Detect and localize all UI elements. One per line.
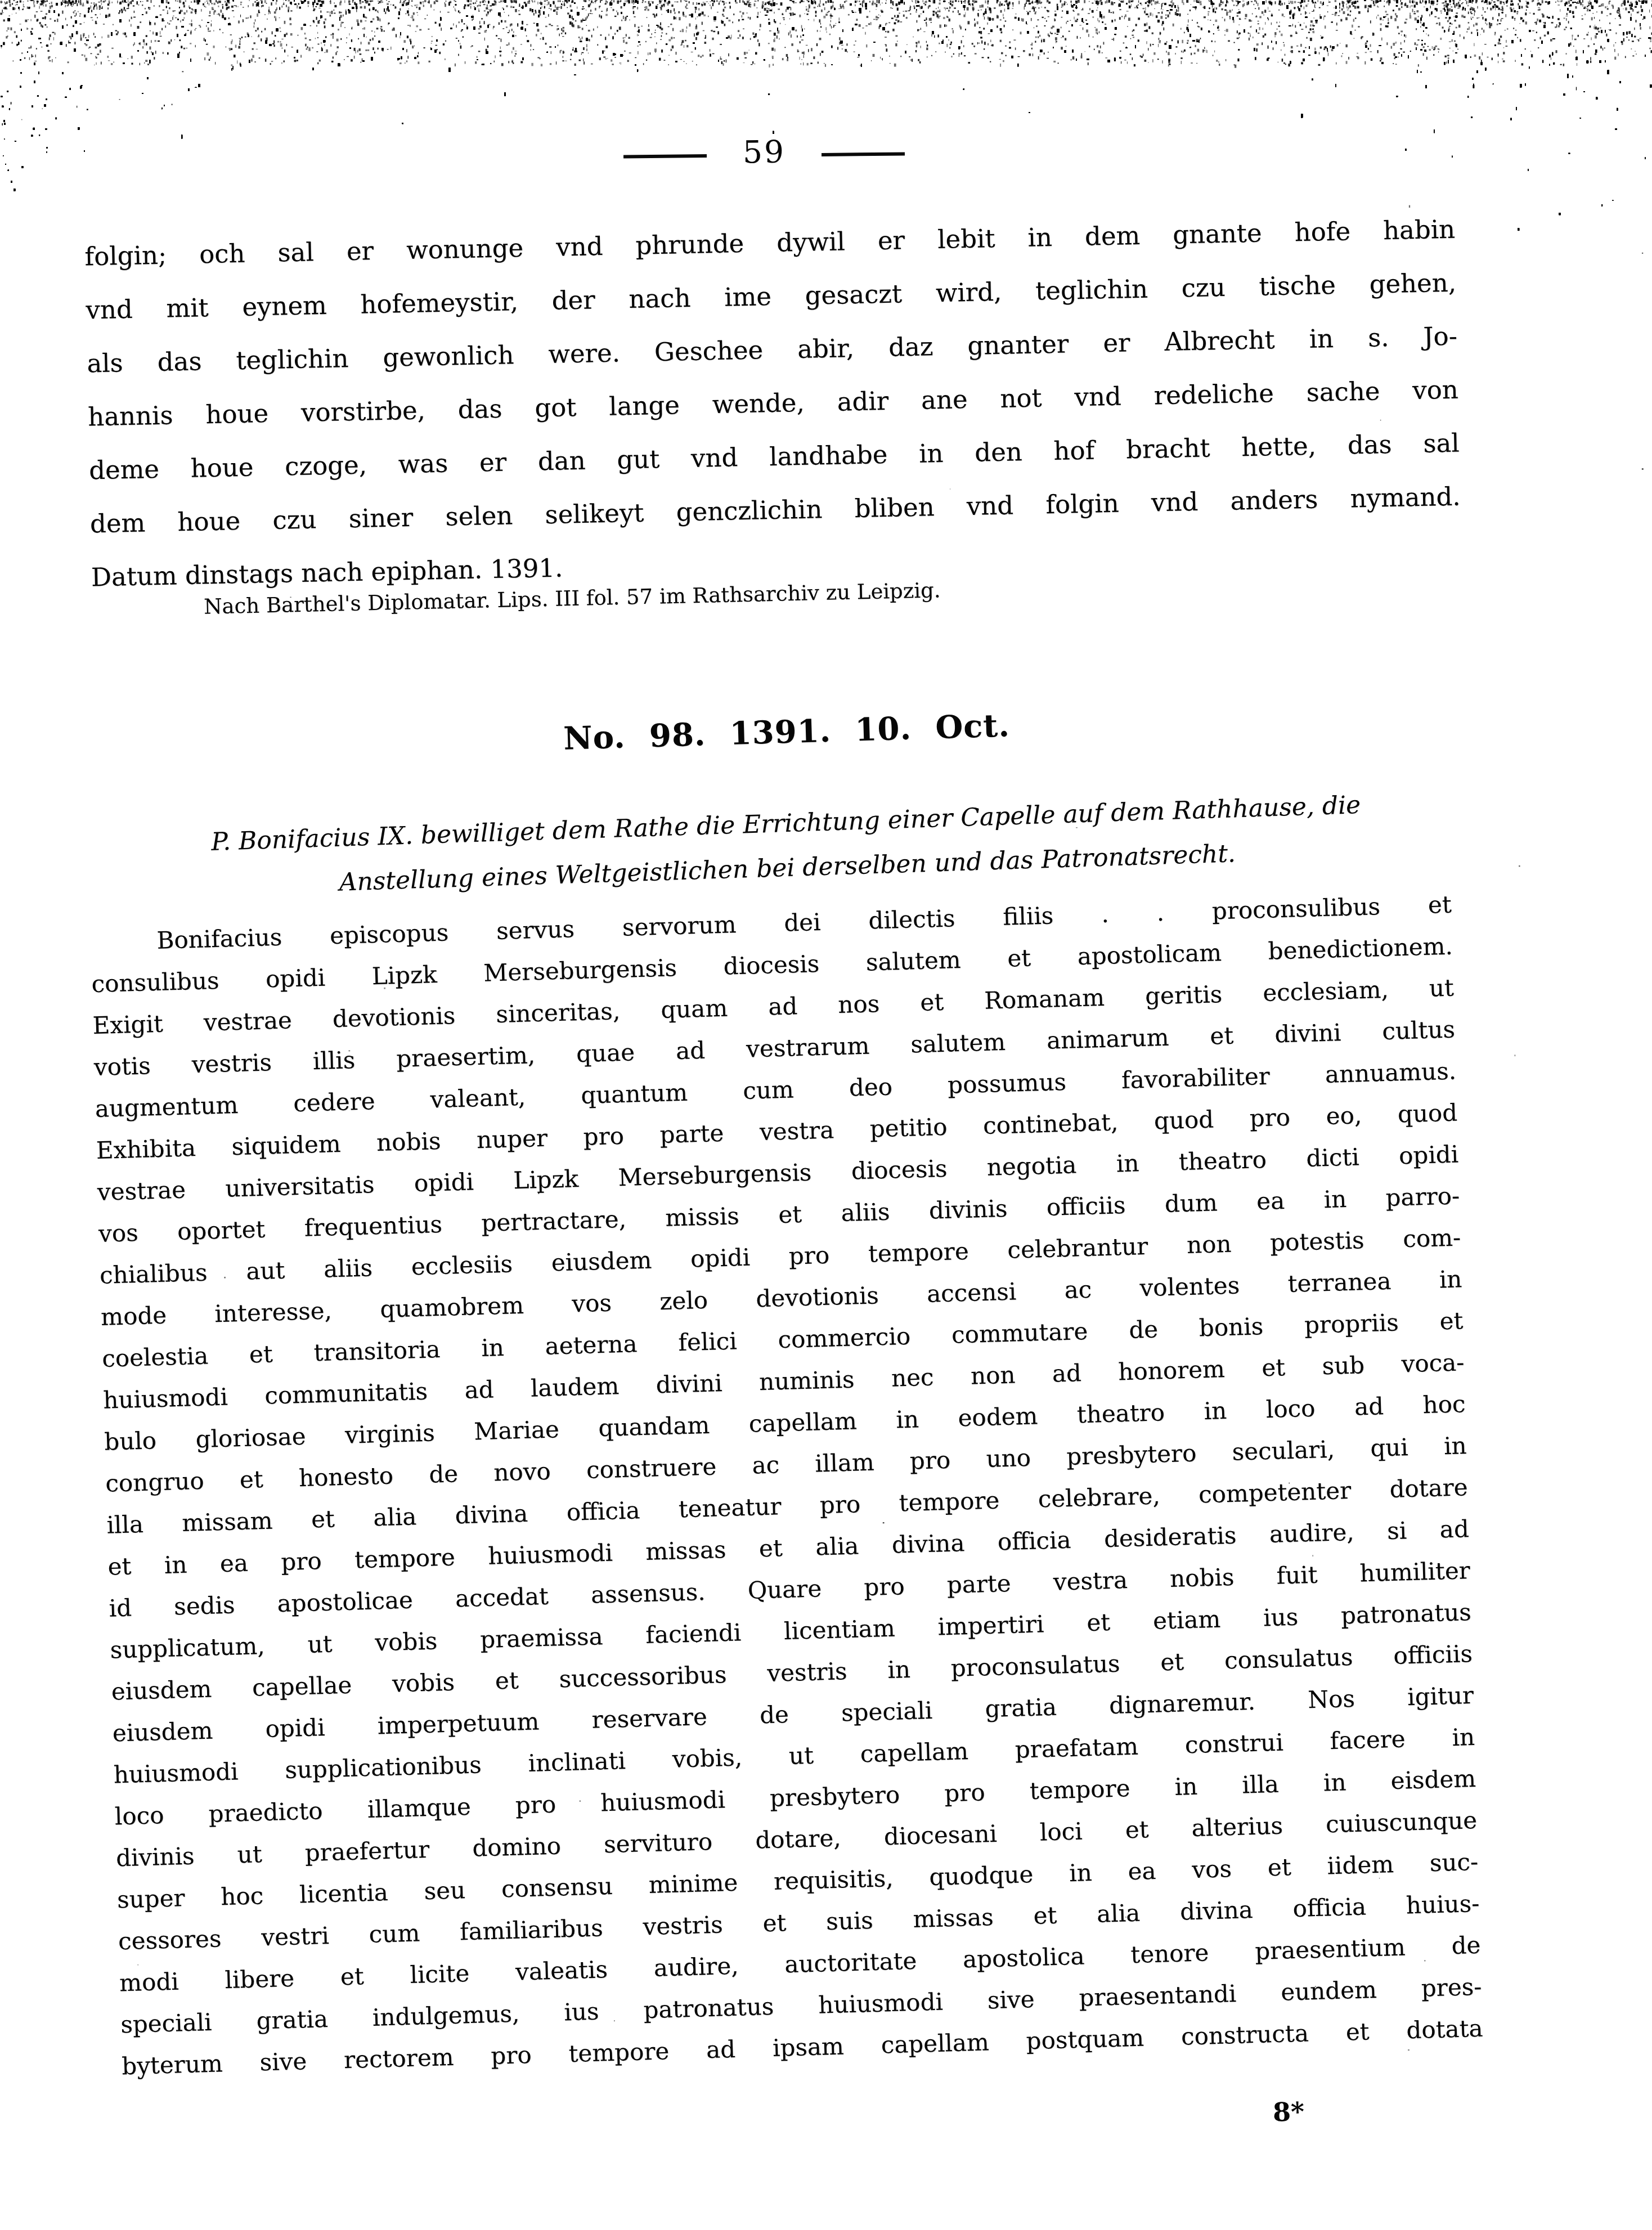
page-header: 59 [623, 129, 905, 174]
page-content: 59 folgin; och sal er wonunge vnd phrund… [0, 0, 1652, 2230]
scanned-book-page: { "page": { "number": "59", "signature_m… [0, 0, 1652, 2230]
entry-98-body: Bonifacius episcopus servus servorum dei… [90, 884, 1484, 2088]
header-rule-left [623, 154, 707, 159]
header-rule-right [821, 152, 905, 156]
entry-98-heading: No. 98. 1391. 10. Oct. [106, 693, 1468, 771]
signature-mark: 8* [1272, 2096, 1305, 2128]
page-number: 59 [743, 134, 786, 170]
previous-entry-continuation: folgin; och sal er wonunge vnd phrunde d… [84, 203, 1462, 604]
